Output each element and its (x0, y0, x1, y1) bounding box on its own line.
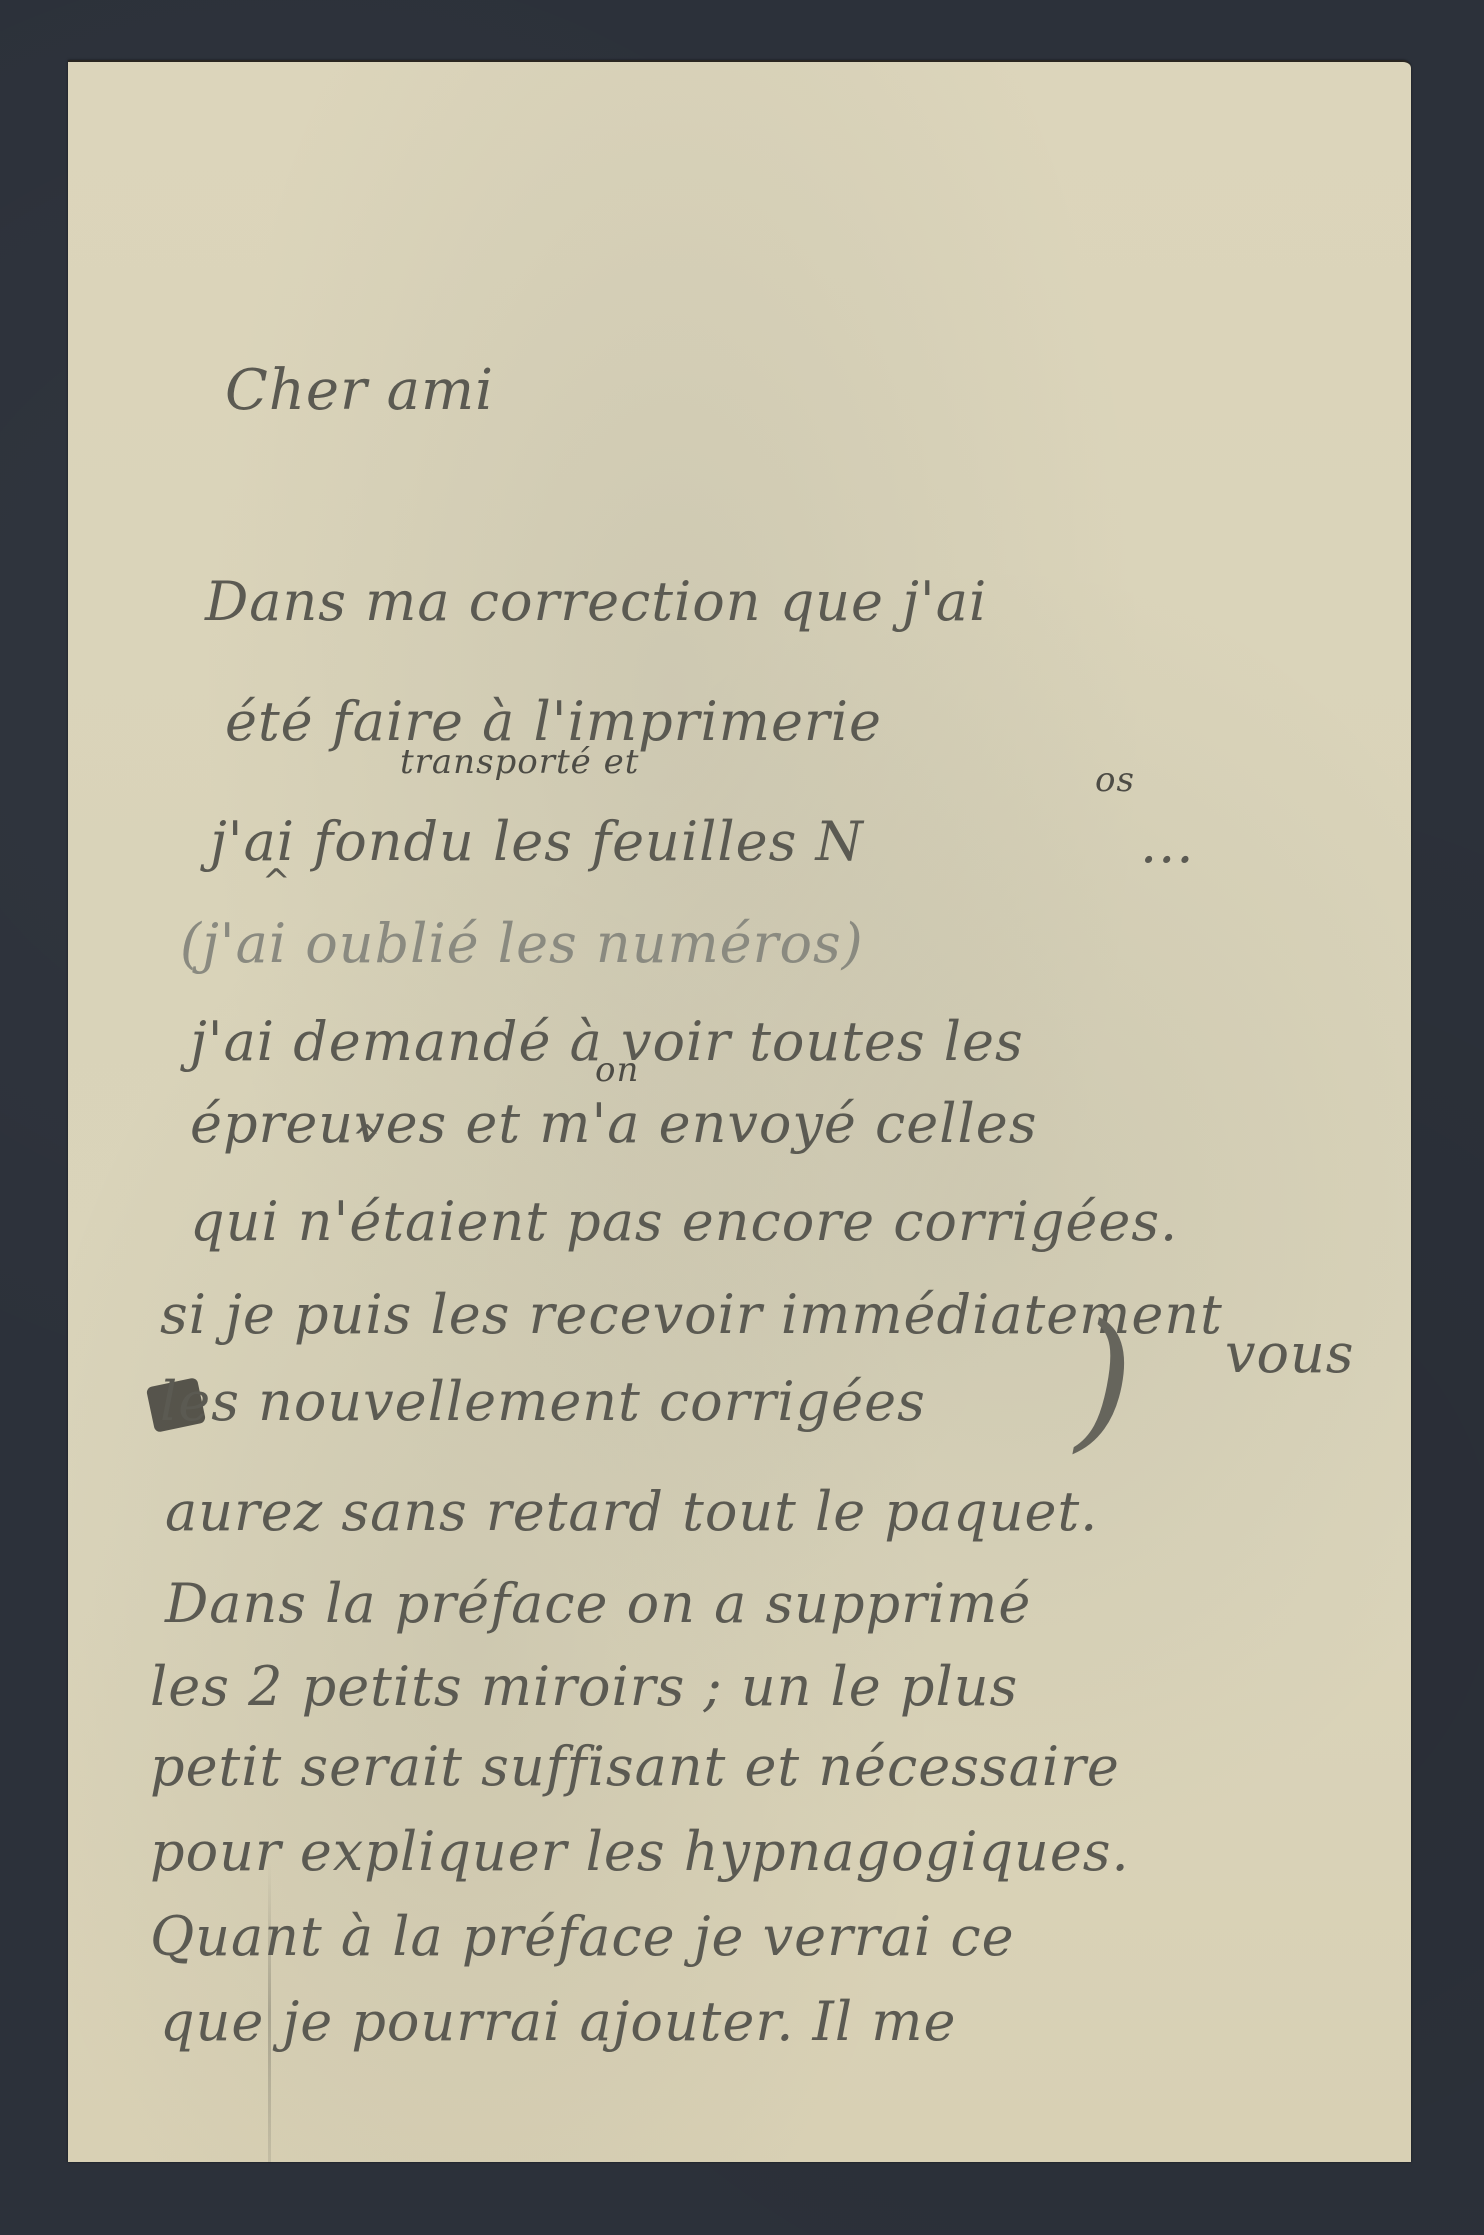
insertion-transporte: transporté et (400, 742, 639, 782)
letter-line-3: j'ai fondu les feuilles N (210, 810, 864, 873)
numero-superscript: os (1095, 760, 1135, 800)
letter-line-11: Dans la préface on a supprimé (165, 1572, 1031, 1635)
letter-line-9: les nouvellement corrigées (160, 1370, 926, 1433)
letter-line-8: si je puis les recevoir immédiatement (160, 1283, 1223, 1346)
letter-line-1: Dans ma correction que j'ai (205, 570, 987, 633)
letter-line-6: épreuves et m'a envoyé celles (190, 1092, 1037, 1155)
letter-line-10: aurez sans retard tout le paquet. (165, 1480, 1098, 1543)
insertion-on: on (595, 1050, 639, 1090)
letter-line-16: que je pourrai ajouter. Il me (160, 1990, 956, 2053)
letter-line-15: Quant à la préface je verrai ce (150, 1905, 1015, 1968)
closing-parenthesis: ) (1075, 1305, 1134, 1455)
salutation: Cher ami (225, 358, 494, 423)
letter-line-7: qui n'étaient pas encore corrigées. (190, 1190, 1178, 1253)
numero-ellipsis: ... (1140, 812, 1195, 875)
letter-line-13: petit serait suffisant et nécessaire (150, 1735, 1120, 1798)
letter-line-12: les 2 petits miroirs ; un le plus (150, 1655, 1018, 1718)
letter-line-14: pour expliquer les hypnagogiques. (150, 1820, 1130, 1883)
letter-line-4: (j'ai oublié les numéros) (180, 912, 864, 975)
insertion-vous: vous (1225, 1322, 1355, 1385)
